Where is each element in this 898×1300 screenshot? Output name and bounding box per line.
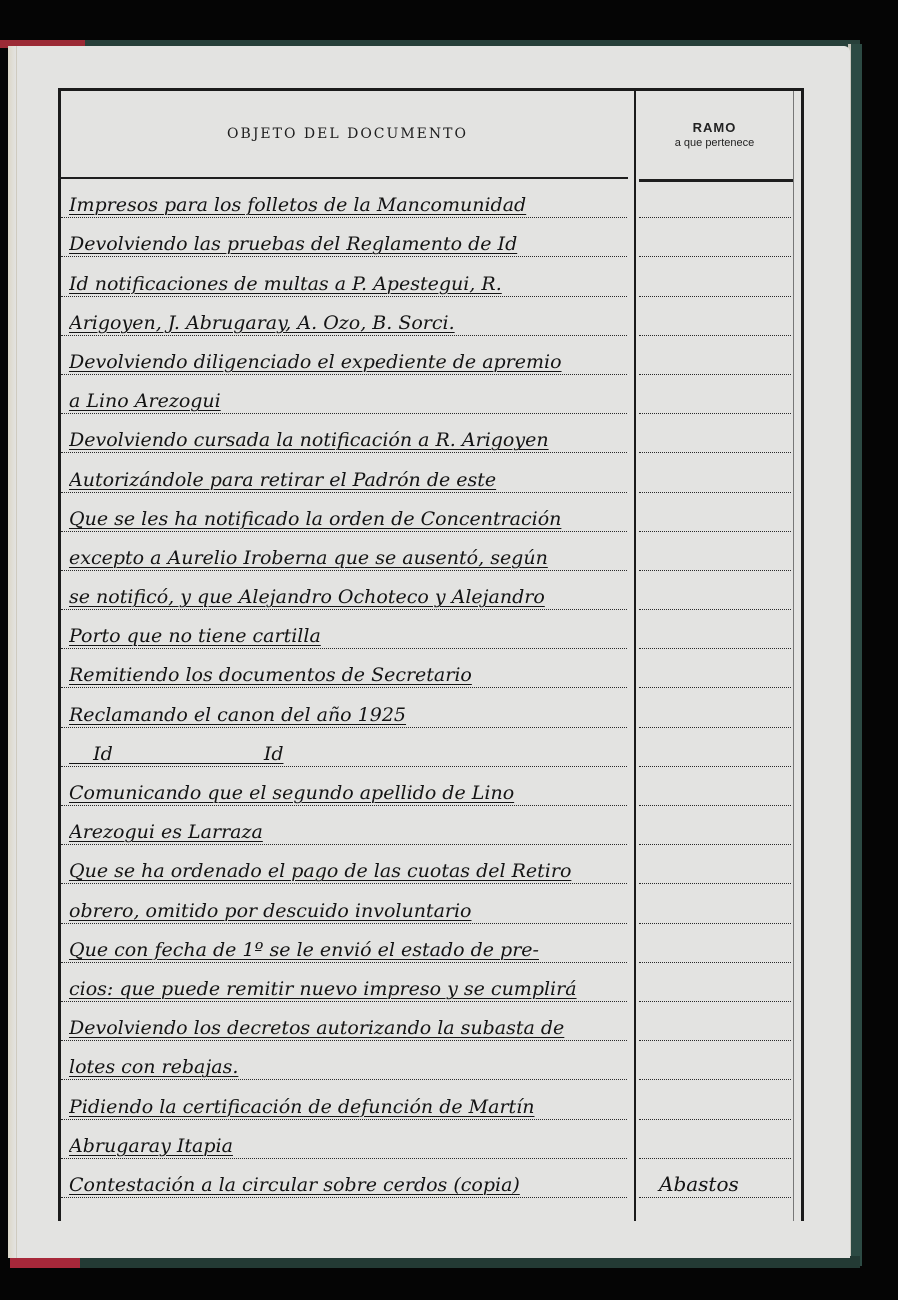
table-row: excepto a Aurelio Iroberna que se ausent… <box>61 532 801 571</box>
table-row: Devolviendo las pruebas del Reglamento d… <box>61 218 801 257</box>
table-row: Arezogui es Larraza <box>61 806 801 845</box>
entry-text: Impresos para los folletos de la Mancomu… <box>69 194 629 216</box>
table-row: Id notificaciones de multas a P. Apesteg… <box>61 257 801 296</box>
table-row: Porto que no tiene cartilla <box>61 610 801 649</box>
table-row: Contestación a la circular sobre cerdos … <box>61 1159 801 1198</box>
table-row: Devolviendo cursada la notificación a R.… <box>61 414 801 453</box>
entry-text: Id notificaciones de multas a P. Apesteg… <box>69 273 629 295</box>
entry-text: Arigoyen, J. Abrugaray, A. Ozo, B. Sorci… <box>69 312 629 334</box>
table-row: Impresos para los folletos de la Mancomu… <box>61 179 801 218</box>
entry-text: cios: que puede remitir nuevo impreso y … <box>69 978 629 1000</box>
ramo-header: RAMO a que pertenece <box>636 91 793 177</box>
table-row: obrero, omitido por descuido involuntari… <box>61 884 801 923</box>
entry-text: excepto a Aurelio Iroberna que se ausent… <box>69 547 629 569</box>
table-row: Arigoyen, J. Abrugaray, A. Ozo, B. Sorci… <box>61 297 801 336</box>
ruled-line <box>639 1197 791 1198</box>
table-row: Devolviendo diligenciado el expediente d… <box>61 336 801 375</box>
table-row: Id Id <box>61 728 801 767</box>
table-row: Pidiendo la certificación de defunción d… <box>61 1080 801 1119</box>
table-row: Que se ha ordenado el pago de las cuotas… <box>61 845 801 884</box>
ramo-subtitle: a que pertenece <box>675 137 755 149</box>
entry-text: Devolviendo cursada la notificación a R.… <box>69 429 629 451</box>
entry-text: obrero, omitido por descuido involuntari… <box>69 900 629 922</box>
entry-text: Reclamando el canon del año 1925 <box>69 704 629 726</box>
entry-text: Porto que no tiene cartilla <box>69 625 629 647</box>
entry-rows: Impresos para los folletos de la Mancomu… <box>61 179 801 1198</box>
table-row: se notificó, y que Alejandro Ochoteco y … <box>61 571 801 610</box>
entry-text: Que se ha ordenado el pago de las cuotas… <box>69 860 629 882</box>
entry-ramo: Abastos <box>659 1172 739 1196</box>
entry-text: Abrugaray Itapia <box>69 1135 629 1157</box>
objeto-header: OBJETO DEL DOCUMENTO <box>61 91 634 177</box>
ramo-title: RAMO <box>693 120 737 135</box>
entry-text: Comunicando que el segundo apellido de L… <box>69 782 629 804</box>
ledger-page: OBJETO DEL DOCUMENTO RAMO a que pertenec… <box>8 46 850 1258</box>
table-row: Que se les ha notificado la orden de Con… <box>61 493 801 532</box>
table-row: Comunicando que el segundo apellido de L… <box>61 767 801 806</box>
table-row: Abrugaray Itapia <box>61 1120 801 1159</box>
entry-text: Pidiendo la certificación de defunción d… <box>69 1096 629 1118</box>
entry-text: lotes con rebajas. <box>69 1056 629 1078</box>
entry-text: Arezogui es Larraza <box>69 821 629 843</box>
table-row: lotes con rebajas. <box>61 1041 801 1080</box>
entry-text: Devolviendo las pruebas del Reglamento d… <box>69 233 629 255</box>
ruled-line <box>61 1197 627 1198</box>
entry-text: Id Id <box>69 743 629 765</box>
entry-text: Remitiendo los documentos de Secretario <box>69 664 629 686</box>
table-row: Devolviendo los decretos autorizando la … <box>61 1002 801 1041</box>
table-row: cios: que puede remitir nuevo impreso y … <box>61 963 801 1002</box>
entry-text: Autorizándole para retirar el Padrón de … <box>69 469 629 491</box>
entry-text: Devolviendo los decretos autorizando la … <box>69 1017 629 1039</box>
entry-text: a Lino Arezogui <box>69 390 629 412</box>
table-row: Remitiendo los documentos de Secretario <box>61 649 801 688</box>
table-row: Que con fecha de 1º se le envió el estad… <box>61 924 801 963</box>
entry-text: Devolviendo diligenciado el expediente d… <box>69 351 629 373</box>
table-row: Autorizándole para retirar el Padrón de … <box>61 453 801 492</box>
book-edge-right <box>848 44 862 1266</box>
register-table: OBJETO DEL DOCUMENTO RAMO a que pertenec… <box>58 88 804 1221</box>
entry-text: se notificó, y que Alejandro Ochoteco y … <box>69 586 629 608</box>
entry-text: Que con fecha de 1º se le envió el estad… <box>69 939 629 961</box>
entry-text: Contestación a la circular sobre cerdos … <box>69 1174 629 1196</box>
table-row: a Lino Arezogui <box>61 375 801 414</box>
entry-text: Que se les ha notificado la orden de Con… <box>69 508 629 530</box>
page-gutter <box>8 46 17 1258</box>
table-row: Reclamando el canon del año 1925 <box>61 688 801 727</box>
